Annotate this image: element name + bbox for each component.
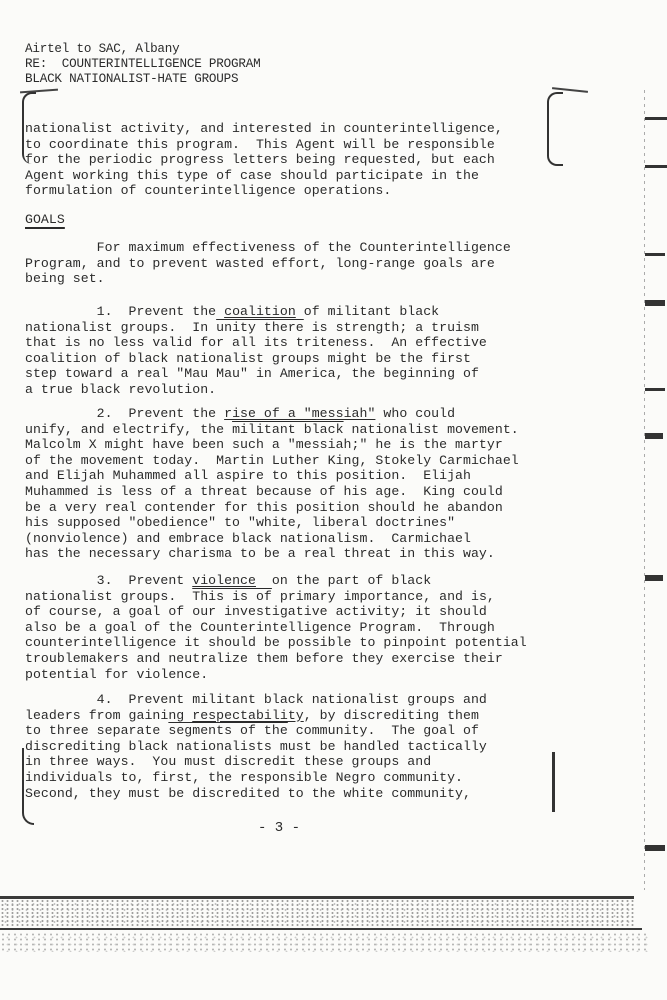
text-line: a true black revolution. [25, 382, 216, 397]
text-line: Malcolm X might have been such a "messia… [25, 437, 503, 452]
text-line: also be a goal of the Counterintelligenc… [25, 620, 495, 635]
text-line: has the necessary charisma to be a real … [25, 546, 495, 561]
text-line: leaders from gaining respectability, by … [25, 708, 479, 723]
header-subject: RE: COUNTERINTELLIGENCE PROGRAM [25, 57, 260, 72]
header-addressee: Airtel to SAC, Albany [25, 42, 180, 57]
text-line: of the movement today. Martin Luther Kin… [25, 453, 519, 468]
underlined-text: respectability [192, 708, 304, 723]
margin-tick [645, 388, 665, 391]
margin-tick [645, 845, 665, 851]
margin-tick [645, 165, 667, 168]
text-line: Muhammed is less of a threat because of … [25, 484, 503, 499]
text-line: 3. Prevent violence on the part of black [25, 573, 431, 588]
text-line: Program, and to prevent wasted effort, l… [25, 256, 495, 271]
text-line: individuals to, first, the responsible N… [25, 770, 463, 785]
scan-noise-band [0, 932, 650, 952]
margin-tick [645, 300, 665, 306]
text-line: nationalist activity, and interested in … [25, 121, 503, 136]
margin-tick [645, 575, 663, 581]
right-bracket-mark [552, 752, 555, 812]
margin-tick [645, 433, 663, 439]
margin-tick [645, 253, 665, 256]
overlined-text: This is of [192, 589, 272, 604]
page-number: - 3 - [258, 820, 300, 836]
text-line: coalition of black nationalist groups mi… [25, 351, 471, 366]
text-line: For maximum effectiveness of the Counter… [25, 240, 511, 255]
scan-border-line [0, 928, 642, 930]
scan-noise-band [0, 899, 634, 927]
text-line: that is no less valid for all its triten… [25, 335, 487, 350]
text-line: formulation of counterintelligence opera… [25, 183, 391, 198]
text-line: of course, a goal of our investigative a… [25, 604, 487, 619]
underlined-text: rise of a "messiah" [224, 406, 375, 421]
margin-tick [645, 117, 667, 120]
overlined-text: segments of the [168, 723, 287, 738]
underlined-text: coalition [224, 304, 296, 319]
text-line: step toward a real "Mau Mau" in America,… [25, 366, 479, 381]
text-line: his supposed "obedience" to "white, libe… [25, 515, 455, 530]
underlined-text: violence [192, 573, 256, 588]
goals-heading: GOALS [25, 212, 65, 227]
text-line: being set. [25, 271, 105, 286]
header-caption: BLACK NATIONALIST-HATE GROUPS [25, 72, 238, 87]
overlined-text: militant black [232, 422, 344, 437]
overlined-text: unity there [216, 320, 304, 335]
text-line: be a very real contender for this positi… [25, 500, 503, 515]
text-line: nationalist groups. In unity there is st… [25, 320, 479, 335]
text-line: (nonviolence) and embrace black national… [25, 531, 471, 546]
text-line: 4. Prevent militant black nationalist gr… [25, 692, 487, 707]
text-line: in three ways. You must discredit these … [25, 754, 431, 769]
text-line: to three separate segments of the commun… [25, 723, 479, 738]
text-line: counterintelligence it should be possibl… [25, 635, 527, 650]
text-line: Agent working this type of case should p… [25, 168, 479, 183]
text-line: unify, and electrify, the militant black… [25, 422, 519, 437]
right-bracket-mark [547, 92, 563, 166]
text-line: potential for violence. [25, 667, 208, 682]
text-line: for the periodic progress letters being … [25, 152, 495, 167]
text-line: to coordinate this program. This Agent w… [25, 137, 495, 152]
text-line: 1. Prevent the coalition of militant bla… [25, 304, 439, 319]
text-line: Second, they must be discredited to the … [25, 786, 471, 801]
text-line: nationalist groups. This is of primary i… [25, 589, 495, 604]
text-line: 2. Prevent the rise of a "messiah" who c… [25, 406, 455, 421]
text-line: and Elijah Muhammed all aspire to this p… [25, 468, 471, 483]
text-line: troublemakers and neutralize them before… [25, 651, 503, 666]
text-line: discrediting black nationalists must be … [25, 739, 487, 754]
left-bracket-mark [22, 748, 34, 825]
margin-rule [644, 90, 645, 890]
document-page: Airtel to SAC, Albany RE: COUNTERINTELLI… [0, 0, 667, 1000]
